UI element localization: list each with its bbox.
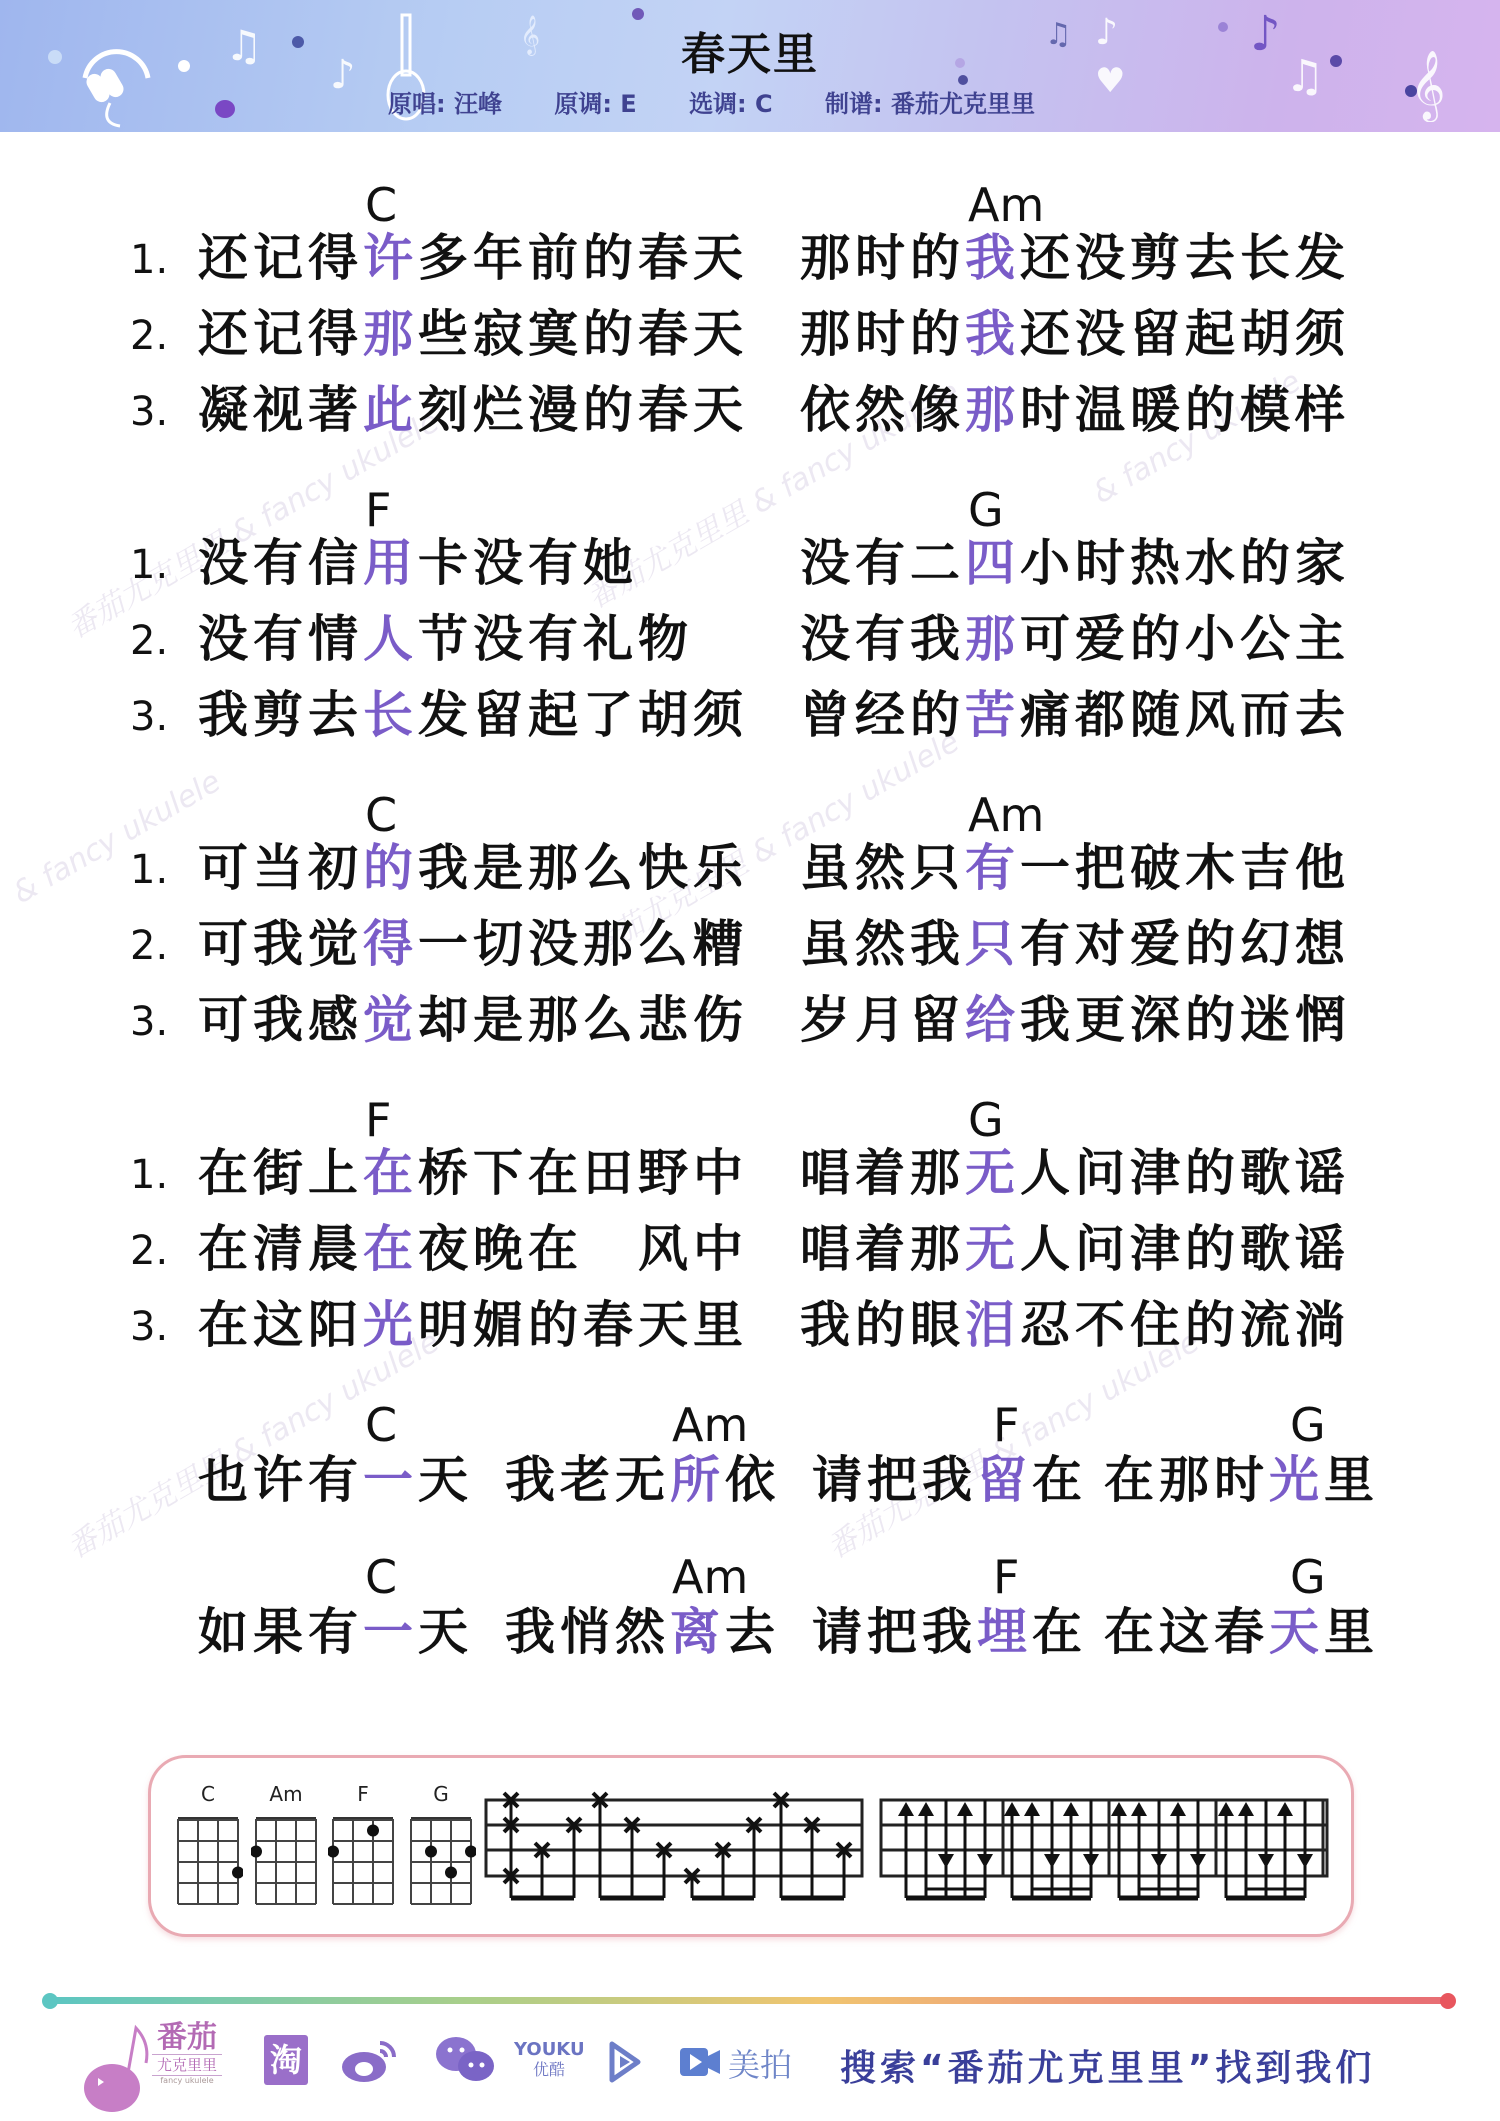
lyric-text: 在这春 (1104, 1603, 1269, 1661)
highlighted-character: 那 (965, 610, 1020, 668)
lyric-text: 里 (1324, 1603, 1379, 1661)
verse-number: 3. (130, 384, 168, 440)
lyric-text: 去 (725, 1603, 780, 1661)
lyric-line-left: 在街上在桥下在田野中 (198, 1145, 748, 1201)
lyric-text: 没有信 (198, 534, 363, 592)
divider-endpoint (1440, 1993, 1456, 2009)
lyric-text: 唱着那 (800, 1144, 965, 1202)
lyric-text: 依然像 (800, 381, 965, 439)
lyric-text: 我的眼 (800, 1296, 965, 1354)
lyric-text: 在 (1032, 1451, 1087, 1509)
highlighted-character: 那 (363, 305, 418, 363)
highlighted-character: 无 (965, 1144, 1020, 1202)
lyric-text: 有对爱的幻想 (1020, 915, 1350, 973)
brand-logo-text: 番茄 尤克里里 fancy ukulele (152, 2022, 222, 2085)
highlighted-character: 用 (363, 534, 418, 592)
highlighted-character: 光 (363, 1296, 418, 1354)
meipai-label: 美拍 (728, 2040, 792, 2086)
lyric-line-left: 还记得许多年前的春天 (198, 230, 748, 286)
chorus-lyric-segment: 请把我埋在 (812, 1604, 1087, 1660)
chorus-lyric-segment: 也许有一天 (198, 1452, 473, 1508)
verse-number: 1. (130, 537, 168, 593)
verse-number: 3. (130, 994, 168, 1050)
highlighted-character: 觉 (363, 991, 418, 1049)
lyric-line-right: 我的眼泪忍不住的流淌 (800, 1297, 1350, 1353)
highlighted-character: 只 (965, 915, 1020, 973)
lyric-text: 岁月留 (800, 991, 965, 1049)
highlighted-character: 得 (363, 915, 418, 973)
chord-label: C (365, 180, 397, 230)
chord-label: G (968, 485, 1004, 535)
lyric-line-left: 在这阳光明媚的春天里 (198, 1297, 748, 1353)
lyric-text: 刻烂漫的春天 (418, 381, 748, 439)
highlighted-character: 留 (977, 1451, 1032, 1509)
lyric-text: 可我感 (198, 991, 363, 1049)
highlighted-character: 泪 (965, 1296, 1020, 1354)
lyric-text: 曾经的 (800, 686, 965, 744)
chord-label: F (993, 1552, 1019, 1602)
lyric-text: 里 (1324, 1451, 1379, 1509)
verse-number: 3. (130, 1299, 168, 1355)
highlighted-character: 长 (363, 686, 418, 744)
highlighted-character: 埋 (977, 1603, 1032, 1661)
lyric-text: 虽然只 (800, 839, 965, 897)
highlighted-character: 有 (965, 839, 1020, 897)
header-banner: ♫ ♪ 𝄞 ♫ ♪ ♥ ♪ ♫ 𝄞 春天里 原唱: 汪峰 原调: E 选调: C… (0, 0, 1500, 132)
verse-number: 2. (130, 918, 168, 974)
taobao-icon[interactable]: 淘 (264, 2035, 308, 2085)
chord-label: Am (672, 1552, 748, 1602)
lyric-text: 夜晚在 风中 (418, 1220, 748, 1278)
weibo-icon[interactable] (340, 2035, 400, 2085)
lyric-text: 时温暖的模样 (1020, 381, 1350, 439)
chord-diagram-c (173, 1814, 243, 1910)
chord-diagram-label: Am (255, 1782, 317, 1806)
lyric-text: 在清晨 (198, 1220, 363, 1278)
lyric-text: 也许有 (198, 1451, 363, 1509)
wechat-icon[interactable] (432, 2030, 502, 2090)
youku-icon[interactable]: YOUKU 优酷 (514, 2040, 584, 2080)
highlighted-character: 我 (965, 229, 1020, 287)
verse-number: 2. (130, 613, 168, 669)
lyric-text: 依 (725, 1451, 780, 1509)
chord-label: G (1290, 1400, 1326, 1450)
lyric-text: 如果有 (198, 1603, 363, 1661)
chord-diagram-f (328, 1814, 398, 1910)
lyric-text: 还记得 (198, 229, 363, 287)
lyric-line-left: 在清晨在夜晚在 风中 (198, 1221, 748, 1277)
lyric-line-left: 还记得那些寂寞的春天 (198, 306, 748, 362)
lyric-line-right: 虽然我只有对爱的幻想 (800, 916, 1350, 972)
verse-number: 3. (130, 689, 168, 745)
lyric-line-right: 岁月留给我更深的迷惘 (800, 992, 1350, 1048)
lyric-line-right: 虽然只有一把破木吉他 (800, 840, 1350, 896)
chorus-lyric-segment: 如果有一天 (198, 1604, 473, 1660)
lyric-text: 桥下在田野中 (418, 1144, 748, 1202)
search-call-to-action: 搜索“番茄尤克里里”找到我们 (840, 2040, 1375, 2091)
verse-number: 1. (130, 1147, 168, 1203)
chorus-lyric-segment: 我悄然离去 (505, 1604, 780, 1660)
lyric-text: 没有二 (800, 534, 965, 592)
lyric-text: 多年前的春天 (418, 229, 748, 287)
lyric-line-left: 没有情人节没有礼物 (198, 611, 693, 667)
lyric-text: 虽然我 (800, 915, 965, 973)
lyric-text: 人问津的歌谣 (1020, 1144, 1350, 1202)
chorus-lyric-segment: 在那时光里 (1104, 1452, 1379, 1508)
chorus-lyric-segment: 在这春天里 (1104, 1604, 1379, 1660)
lyric-text: 天 (418, 1603, 473, 1661)
chord-diagram-am (251, 1814, 321, 1910)
lyric-text: 一把破木吉他 (1020, 839, 1350, 897)
lyric-line-right: 依然像那时温暖的模样 (800, 382, 1350, 438)
chord-label: G (1290, 1552, 1326, 1602)
chord-label: Am (968, 790, 1044, 840)
chord-label: F (365, 1095, 391, 1145)
lyric-text: 没有我 (800, 610, 965, 668)
fingerpicking-pattern (480, 1770, 880, 1920)
lyric-text: 忍不住的流淌 (1020, 1296, 1350, 1354)
song-title: 春天里 (0, 18, 1500, 82)
chord-diagram-label: G (410, 1782, 472, 1806)
highlighted-character: 一 (363, 1603, 418, 1661)
lyric-text: 没有情 (198, 610, 363, 668)
footer-divider (48, 1997, 1448, 2004)
lyric-text: 我是那么快乐 (418, 839, 748, 897)
brand-logo-icon (80, 2018, 160, 2118)
lyric-line-right: 那时的我还没剪去长发 (800, 230, 1350, 286)
arranger: 制谱: 番茄尤克里里 (825, 90, 1035, 118)
chord-label: F (365, 485, 391, 535)
lyric-text: 可我觉 (198, 915, 363, 973)
highlighted-character: 此 (363, 381, 418, 439)
lyric-line-right: 曾经的苦痛都随风而去 (800, 687, 1350, 743)
chord-label: C (365, 1552, 397, 1602)
highlighted-character: 天 (1269, 1603, 1324, 1661)
lyric-line-right: 没有二四小时热水的家 (800, 535, 1350, 591)
chorus-lyric-segment: 我老无所依 (505, 1452, 780, 1508)
chord-diagram-g (406, 1814, 476, 1910)
verse-number: 2. (130, 1223, 168, 1279)
lyric-text: 那时的 (800, 305, 965, 363)
lyric-line-left: 可我感觉却是那么悲伤 (198, 992, 748, 1048)
lyric-text: 在 (1032, 1603, 1087, 1661)
lyric-line-right: 唱着那无人问津的歌谣 (800, 1145, 1350, 1201)
lyric-line-right: 唱着那无人问津的歌谣 (800, 1221, 1350, 1277)
lyric-line-left: 我剪去长发留起了胡须 (198, 687, 748, 743)
lyric-text: 我更深的迷惘 (1020, 991, 1350, 1049)
chord-diagram-label: C (177, 1782, 239, 1806)
lyric-text: 明媚的春天里 (418, 1296, 748, 1354)
original-key: 原调: E (554, 90, 636, 118)
chorus-lyric-segment: 请把我留在 (812, 1452, 1087, 1508)
lyric-text: 却是那么悲伤 (418, 991, 748, 1049)
lyric-text: 人问津的歌谣 (1020, 1220, 1350, 1278)
lyric-text: 在街上 (198, 1144, 363, 1202)
lyric-text: 我老无 (505, 1451, 670, 1509)
highlighted-character: 在 (363, 1144, 418, 1202)
highlighted-character: 光 (1269, 1451, 1324, 1509)
heart-icon (215, 100, 235, 118)
chord-label: Am (968, 180, 1044, 230)
highlighted-character: 四 (965, 534, 1020, 592)
lyric-text: 还没留起胡须 (1020, 305, 1350, 363)
lyric-text: 唱着那 (800, 1220, 965, 1278)
divider-endpoint (42, 1993, 58, 2009)
lyric-text: 一切没那么糟 (418, 915, 748, 973)
chord-diagram-label: F (332, 1782, 394, 1806)
lyric-text: 凝视著 (198, 381, 363, 439)
meipai-icon[interactable] (680, 2046, 722, 2078)
chord-label: F (993, 1400, 1019, 1450)
chord-label: G (968, 1095, 1004, 1145)
lyric-line-right: 那时的我还没留起胡须 (800, 306, 1350, 362)
lyric-text: 那时的 (800, 229, 965, 287)
highlighted-character: 给 (965, 991, 1020, 1049)
song-info: 原唱: 汪峰 原调: E 选调: C 制谱: 番茄尤克里里 (388, 84, 1079, 119)
lyric-text: 可当初 (198, 839, 363, 897)
highlighted-character: 苦 (965, 686, 1020, 744)
highlighted-character: 许 (363, 229, 418, 287)
verse-number: 2. (130, 308, 168, 364)
lyric-text: 我悄然 (505, 1603, 670, 1661)
highlighted-character: 离 (670, 1603, 725, 1661)
lyric-text: 请把我 (812, 1451, 977, 1509)
lyric-line-left: 可当初的我是那么快乐 (198, 840, 748, 896)
highlighted-character: 那 (965, 381, 1020, 439)
chord-label: Am (672, 1400, 748, 1450)
lyric-text: 卡没有她 (418, 534, 638, 592)
highlighted-character: 我 (965, 305, 1020, 363)
lyric-line-right: 没有我那可爱的小公主 (800, 611, 1350, 667)
lyric-text: 请把我 (812, 1603, 977, 1661)
lyric-text: 在这阳 (198, 1296, 363, 1354)
strumming-pattern (870, 1770, 1340, 1920)
verse-number: 1. (130, 232, 168, 288)
highlighted-character: 所 (670, 1451, 725, 1509)
lyric-text: 小时热水的家 (1020, 534, 1350, 592)
lyric-text: 发留起了胡须 (418, 686, 748, 744)
lyric-line-left: 凝视著此刻烂漫的春天 (198, 382, 748, 438)
lyric-text: 些寂寞的春天 (418, 305, 748, 363)
watermark: & fancy ukulele (7, 764, 227, 911)
original-singer: 原唱: 汪峰 (388, 90, 502, 118)
highlighted-character: 的 (363, 839, 418, 897)
lyric-text: 天 (418, 1451, 473, 1509)
highlighted-character: 一 (363, 1451, 418, 1509)
lyric-text: 我剪去 (198, 686, 363, 744)
lyric-text: 痛都随风而去 (1020, 686, 1350, 744)
lyric-text: 可爱的小公主 (1020, 610, 1350, 668)
highlighted-character: 在 (363, 1220, 418, 1278)
lyric-text: 还记得 (198, 305, 363, 363)
lyric-line-left: 没有信用卡没有她 (198, 535, 638, 591)
lyric-text: 还没剪去长发 (1020, 229, 1350, 287)
highlighted-character: 无 (965, 1220, 1020, 1278)
lyric-text: 在那时 (1104, 1451, 1269, 1509)
verse-number: 1. (130, 842, 168, 898)
lyric-text: 节没有礼物 (418, 610, 693, 668)
chord-label: C (365, 1400, 397, 1450)
selected-key: 选调: C (689, 90, 773, 118)
play-icon[interactable] (604, 2038, 644, 2086)
chord-label: C (365, 790, 397, 840)
highlighted-character: 人 (363, 610, 418, 668)
lyric-line-left: 可我觉得一切没那么糟 (198, 916, 748, 972)
